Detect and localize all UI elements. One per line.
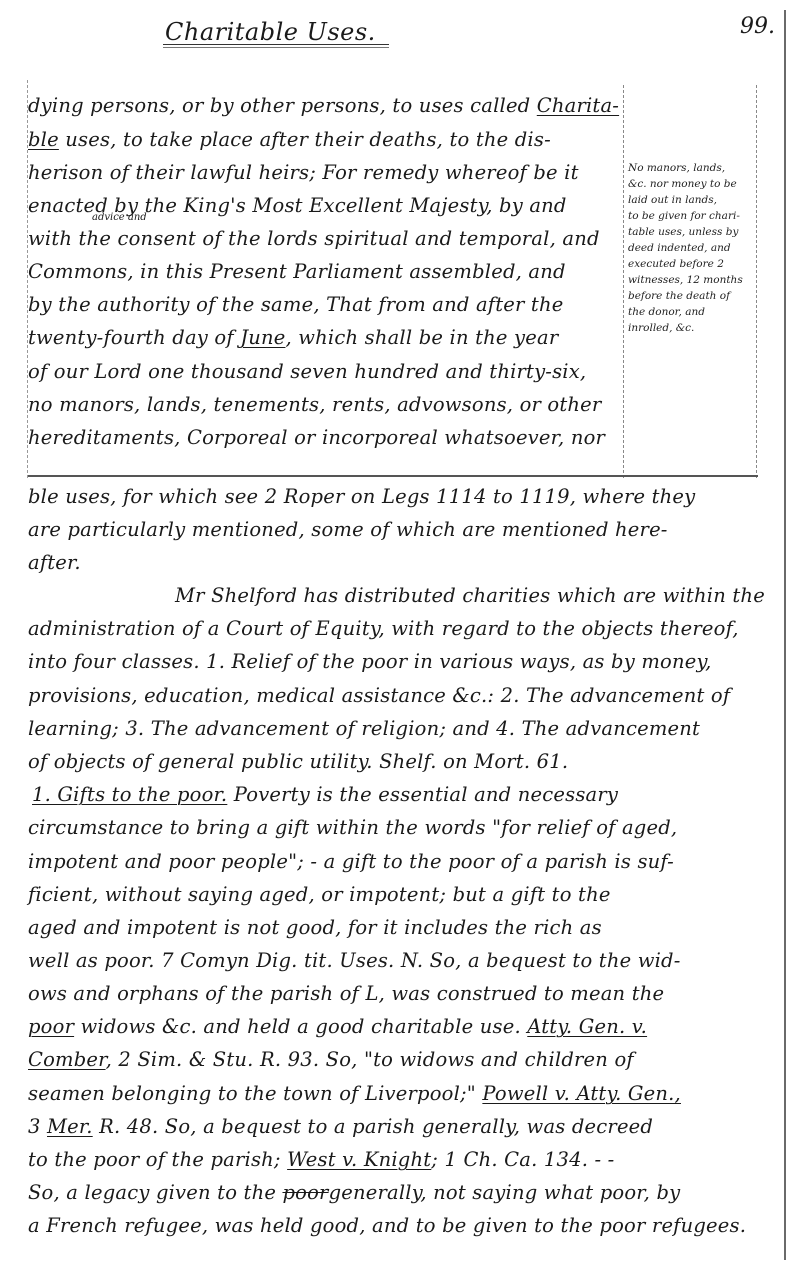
margin-column-right-rule bbox=[756, 85, 758, 478]
margin-note: No manors, lands, &c. nor money to be la… bbox=[628, 160, 756, 336]
statute-line: herison of their lawful heirs; For remed… bbox=[28, 163, 579, 183]
margin-note-line: &c. nor money to be bbox=[628, 176, 756, 192]
statute-line: hereditaments, Corporeal or incorporeal … bbox=[28, 428, 605, 448]
margin-note-line: witnesses, 12 months bbox=[628, 272, 756, 288]
text: R. 48. So, a bequest to a parish general… bbox=[93, 1115, 653, 1138]
commentary-line: learning; 3. The advancement of religion… bbox=[28, 719, 700, 739]
commentary-line: of objects of general public utility. Sh… bbox=[28, 752, 568, 772]
statute-line: no manors, lands, tenements, rents, advo… bbox=[28, 395, 601, 415]
margin-note-line: table uses, unless by bbox=[628, 224, 756, 240]
statute-box-bottom-rule bbox=[28, 475, 758, 477]
commentary-line: administration of a Court of Equity, wit… bbox=[28, 619, 739, 639]
page-edge bbox=[784, 10, 786, 1260]
statute-line: twenty-fourth day of June, which shall b… bbox=[28, 328, 558, 348]
text: , 2 Sim. & Stu. R. 93. So, "to widows an… bbox=[106, 1048, 634, 1071]
case-citation: Atty. Gen. v. bbox=[527, 1015, 647, 1038]
commentary-line: 3 Mer. R. 48. So, a bequest to a parish … bbox=[28, 1117, 653, 1137]
text: 3 bbox=[28, 1115, 47, 1138]
commentary-line: provisions, education, medical assistanc… bbox=[28, 686, 730, 706]
commentary-line: poor widows &c. and held a good charitab… bbox=[28, 1017, 647, 1037]
commentary-line: 1. Gifts to the poor. Poverty is the ess… bbox=[32, 785, 618, 805]
text: uses, to take place after their deaths, … bbox=[59, 128, 551, 151]
commentary-line: Comber, 2 Sim. & Stu. R. 93. So, "to wid… bbox=[28, 1050, 634, 1070]
section-heading: 1. Gifts to the poor. bbox=[32, 783, 227, 806]
underlined-term: Mer. bbox=[47, 1115, 93, 1138]
margin-note-line: executed before 2 bbox=[628, 256, 756, 272]
commentary-line: a French refugee, was held good, and to … bbox=[28, 1216, 746, 1236]
title-underline-double bbox=[163, 47, 389, 48]
statute-line: Commons, in this Present Parliament asse… bbox=[28, 262, 566, 282]
commentary-line: circumstance to bring a gift within the … bbox=[28, 818, 677, 838]
margin-note-line: deed indented, and bbox=[628, 240, 756, 256]
statute-line: of our Lord one thousand seven hundred a… bbox=[28, 362, 586, 382]
commentary-line: to the poor of the parish; West v. Knigh… bbox=[28, 1150, 614, 1170]
underlined-term: poor bbox=[28, 1015, 74, 1038]
text: Poverty is the essential and necessary bbox=[227, 783, 618, 806]
commentary-line: seamen belonging to the town of Liverpoo… bbox=[28, 1084, 681, 1104]
commentary-line: ows and orphans of the parish of L, was … bbox=[28, 984, 664, 1004]
title-underline bbox=[163, 44, 389, 45]
page-title: Charitable Uses. bbox=[165, 18, 376, 46]
commentary-line: are particularly mentioned, some of whic… bbox=[28, 520, 668, 540]
commentary-line: ficient, without saying aged, or impoten… bbox=[28, 885, 611, 905]
underlined-term: ble bbox=[28, 128, 59, 151]
commentary-line: aged and impotent is not good, for it in… bbox=[28, 918, 602, 938]
text: , which shall be in the year bbox=[285, 326, 558, 349]
case-citation: Comber bbox=[28, 1048, 106, 1071]
interlinear-insertion: advice and bbox=[92, 212, 147, 223]
text: twenty-fourth day of bbox=[28, 326, 240, 349]
struck-word: poor bbox=[282, 1181, 328, 1204]
statute-line: dying persons, or by other persons, to u… bbox=[28, 96, 619, 116]
statute-line: ble uses, to take place after their deat… bbox=[28, 130, 551, 150]
margin-note-line: to be given for chari- bbox=[628, 208, 756, 224]
case-citation: Powell v. Atty. Gen., bbox=[482, 1082, 681, 1105]
commentary-line: after. bbox=[28, 553, 81, 573]
text: dying persons, or by other persons, to u… bbox=[28, 94, 537, 117]
text: widows &c. and held a good charitable us… bbox=[74, 1015, 527, 1038]
margin-note-line: the donor, and bbox=[628, 304, 756, 320]
statute-line: by the authority of the same, That from … bbox=[28, 295, 563, 315]
text: to the poor of the parish; bbox=[28, 1148, 287, 1171]
text: seamen belonging to the town of Liverpoo… bbox=[28, 1082, 482, 1105]
commentary-line: ble uses, for which see 2 Roper on Legs … bbox=[28, 487, 695, 507]
commentary-line: into four classes. 1. Relief of the poor… bbox=[28, 652, 712, 672]
margin-note-line: No manors, lands, bbox=[628, 160, 756, 176]
margin-column-rule bbox=[623, 85, 625, 478]
commentary-line: impotent and poor people"; - a gift to t… bbox=[28, 852, 674, 872]
page-number: 99. bbox=[740, 14, 775, 39]
underlined-term: Charita- bbox=[537, 94, 619, 117]
margin-note-line: inrolled, &c. bbox=[628, 320, 756, 336]
margin-note-line: before the death of bbox=[628, 288, 756, 304]
commentary-line: Mr Shelford has distributed charities wh… bbox=[175, 586, 765, 606]
case-citation: West v. Knight bbox=[287, 1148, 431, 1171]
text: So, a legacy given to the bbox=[28, 1181, 282, 1204]
text: ; 1 Ch. Ca. 134. - - bbox=[431, 1148, 614, 1171]
manuscript-page: Charitable Uses. 99. dying persons, or b… bbox=[0, 0, 791, 1269]
statute-line: with the consent of the lords spiritual … bbox=[28, 229, 600, 249]
commentary-line: So, a legacy given to the poorgenerally,… bbox=[28, 1183, 680, 1203]
underlined-term: June bbox=[240, 326, 285, 349]
commentary-line: well as poor. 7 Comyn Dig. tit. Uses. N.… bbox=[28, 951, 681, 971]
text: generally, not saying what poor, by bbox=[329, 1181, 681, 1204]
margin-note-line: laid out in lands, bbox=[628, 192, 756, 208]
